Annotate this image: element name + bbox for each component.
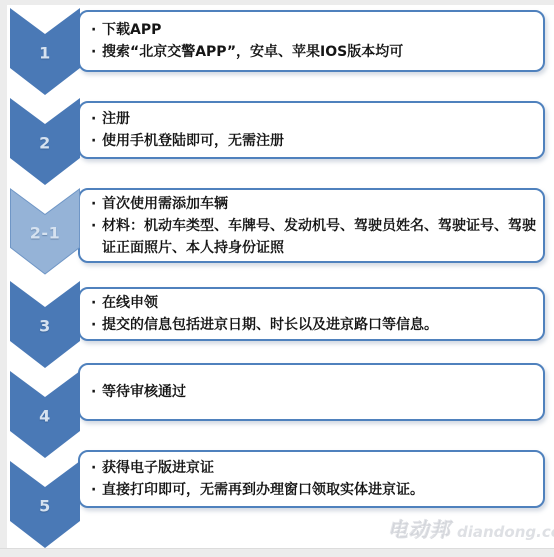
bullet-dot: · xyxy=(91,479,102,501)
step-2-number: 2 xyxy=(10,134,80,153)
bullet-dot: · xyxy=(91,130,102,152)
watermark-domain: diandong.com xyxy=(457,523,554,541)
step-5-box: · 获得电子版进京证 · 直接打印即可，无需再到办理窗口领取实体进京证。 xyxy=(78,450,545,508)
step-2-box: · 注册 · 使用手机登陆即可，无需注册 xyxy=(78,101,545,159)
bullet-dot: · xyxy=(91,314,102,336)
edge-strip-left xyxy=(0,0,7,557)
bullet-line: · 在线申领 xyxy=(91,292,537,314)
step-4-box: · 等待审核通过 xyxy=(78,363,545,421)
bullet-dot: · xyxy=(91,193,102,215)
watermark: 电动邦 diandong.com xyxy=(388,514,550,543)
step-5-line-1: 获得电子版进京证 xyxy=(102,457,537,479)
step-2-1-box: · 首次使用需添加车辆 · 材料：机动车类型、车牌号、发动机号、驾驶员姓名、驾驶… xyxy=(78,188,545,263)
step-2-1-number: 2-1 xyxy=(10,224,80,243)
step-2-1-line-2: 材料：机动车类型、车牌号、发动机号、驾驶员姓名、驾驶证号、驾驶证正面照片、本人持… xyxy=(102,215,537,259)
edge-strip-bottom xyxy=(0,548,554,557)
bullet-line: · 使用手机登陆即可，无需注册 xyxy=(91,130,537,152)
step-1-line-1: 下载APP xyxy=(102,19,537,41)
step-3-number: 3 xyxy=(10,317,80,336)
step-4-number: 4 xyxy=(10,407,80,426)
bullet-dot: · xyxy=(91,215,102,237)
bullet-dot: · xyxy=(91,292,102,314)
bullet-dot: · xyxy=(91,108,102,130)
bullet-dot: · xyxy=(91,19,102,41)
step-2-line-1: 注册 xyxy=(102,108,537,130)
bullet-line: · 等待审核通过 xyxy=(91,381,537,403)
flowchart-canvas: 1 · 下载APP · 搜索“北京交警APP”，安卓、苹果IOS版本均可 2 ·… xyxy=(0,0,554,557)
step-4-chevron: 4 xyxy=(10,371,80,458)
bullet-line: · 提交的信息包括进京日期、时长以及进京路口等信息。 xyxy=(91,314,537,336)
step-1-chevron: 1 xyxy=(10,8,80,95)
step-3-line-1: 在线申领 xyxy=(102,292,537,314)
step-4-line-1: 等待审核通过 xyxy=(102,381,537,403)
step-2-chevron: 2 xyxy=(10,98,80,185)
bullet-dot: · xyxy=(91,457,102,479)
step-1-line-2: 搜索“北京交警APP”，安卓、苹果IOS版本均可 xyxy=(102,41,537,63)
bullet-line: · 首次使用需添加车辆 xyxy=(91,193,537,215)
bullet-line: · 搜索“北京交警APP”，安卓、苹果IOS版本均可 xyxy=(91,41,537,63)
step-5-line-2: 直接打印即可，无需再到办理窗口领取实体进京证。 xyxy=(102,479,537,501)
step-2-line-2: 使用手机登陆即可，无需注册 xyxy=(102,130,537,152)
step-5-chevron: 5 xyxy=(10,461,80,548)
bullet-line: · 注册 xyxy=(91,108,537,130)
bullet-line: · 直接打印即可，无需再到办理窗口领取实体进京证。 xyxy=(91,479,537,501)
step-3-box: · 在线申领 · 提交的信息包括进京日期、时长以及进京路口等信息。 xyxy=(78,287,545,341)
bullet-line: · 下载APP xyxy=(91,19,537,41)
bullet-dot: · xyxy=(91,41,102,63)
step-3-chevron: 3 xyxy=(10,281,80,368)
edge-strip-top xyxy=(0,0,554,5)
step-3-line-2: 提交的信息包括进京日期、时长以及进京路口等信息。 xyxy=(102,314,537,336)
bullet-line: · 材料：机动车类型、车牌号、发动机号、驾驶员姓名、驾驶证号、驾驶证正面照片、本… xyxy=(91,215,537,259)
bullet-dot: · xyxy=(91,381,102,403)
step-2-1-chevron: 2-1 xyxy=(10,188,80,275)
watermark-logo: 电动邦 xyxy=(388,514,451,543)
step-5-number: 5 xyxy=(10,497,80,516)
step-1-number: 1 xyxy=(10,44,80,63)
step-1-box: · 下载APP · 搜索“北京交警APP”，安卓、苹果IOS版本均可 xyxy=(78,10,545,72)
step-2-1-line-1: 首次使用需添加车辆 xyxy=(102,193,537,215)
bullet-line: · 获得电子版进京证 xyxy=(91,457,537,479)
